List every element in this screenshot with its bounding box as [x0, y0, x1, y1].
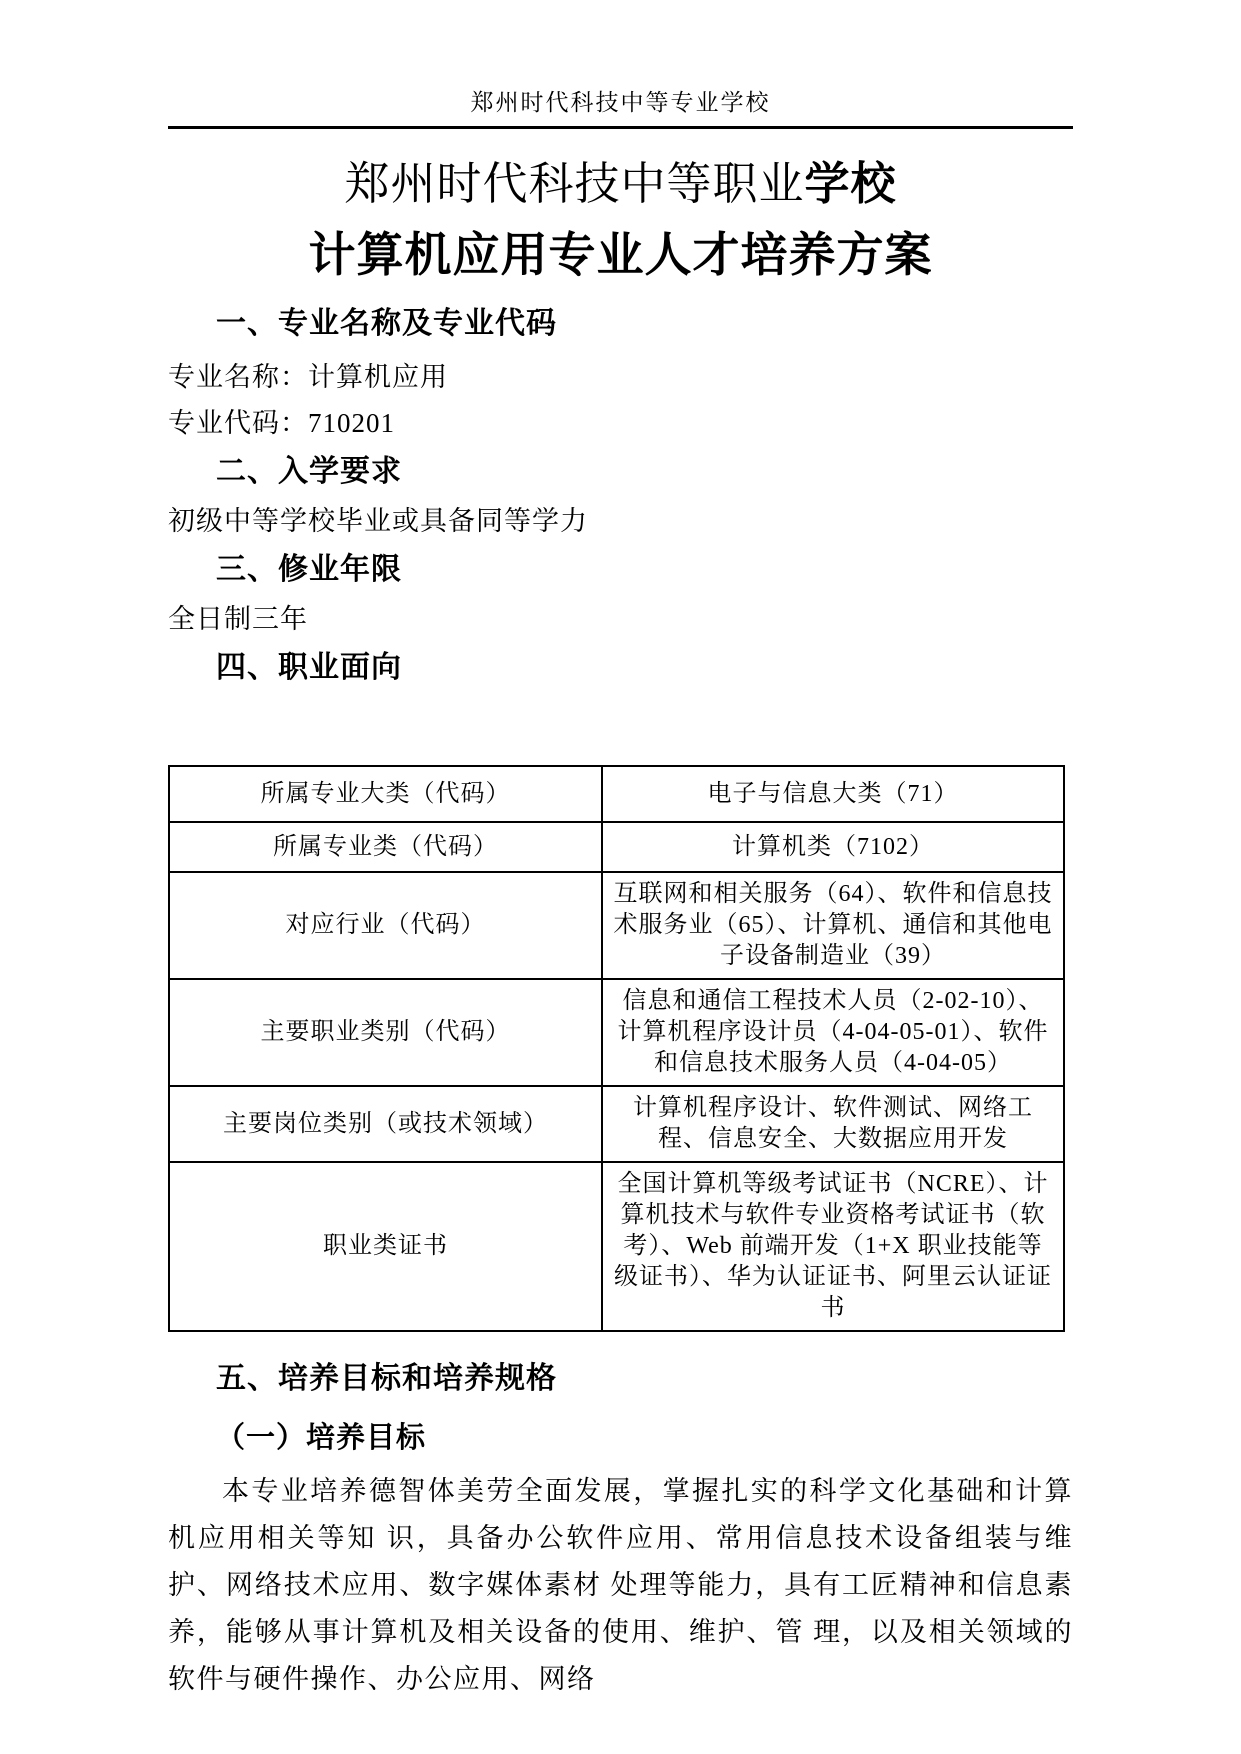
- doc-subtitle: 计算机应用专业人才培养方案: [168, 225, 1073, 285]
- table-row-label: 对应行业（代码）: [169, 872, 602, 979]
- table-row: 对应行业（代码） 互联网和相关服务（64）、软件和信息技术服务业（65）、计算机…: [169, 872, 1064, 979]
- table-row: 主要职业类别（代码） 信息和通信工程技术人员（2-02-10）、计算机程序设计员…: [169, 979, 1064, 1086]
- training-objective-paragraph: 本专业培养德智体美劳全面发展，掌握扎实的科学文化基础和计算机应用相关等知 识，具…: [168, 1468, 1073, 1703]
- doc-title: 郑州时代科技中等职业学校: [168, 155, 1073, 213]
- page-header: 郑州时代科技中等专业学校: [168, 88, 1073, 129]
- table-row-value: 计算机程序设计、软件测试、网络工程、信息安全、大数据应用开发: [602, 1086, 1064, 1162]
- table-row-label: 主要职业类别（代码）: [169, 979, 602, 1086]
- table-row: 职业类证书 全国计算机等级考试证书（NCRE）、计算机技术与软件专业资格考试证书…: [169, 1162, 1064, 1331]
- table-row: 主要岗位类别（或技术领域） 计算机程序设计、软件测试、网络工程、信息安全、大数据…: [169, 1086, 1064, 1162]
- section-heading-2: 二、入学要求: [216, 451, 1073, 493]
- table-row-label: 所属专业大类（代码）: [169, 766, 602, 822]
- career-orientation-table: 所属专业大类（代码） 电子与信息大类（71） 所属专业类（代码） 计算机类（71…: [168, 765, 1065, 1332]
- table-row-value: 全国计算机等级考试证书（NCRE）、计算机技术与软件专业资格考试证书（软考）、W…: [602, 1162, 1064, 1331]
- section-heading-3: 三、修业年限: [216, 549, 1073, 591]
- doc-title-bold: 学校: [805, 158, 897, 209]
- table-row: 所属专业大类（代码） 电子与信息大类（71）: [169, 766, 1064, 822]
- table-row-label: 所属专业类（代码）: [169, 822, 602, 872]
- field-major-code: 专业代码：710201: [168, 403, 1073, 443]
- table-row-value: 电子与信息大类（71）: [602, 766, 1064, 822]
- section-heading-4: 四、职业面向: [216, 647, 1073, 689]
- page-header-text: 郑州时代科技中等专业学校: [471, 90, 771, 115]
- table-row-value: 计算机类（7102）: [602, 822, 1064, 872]
- table-row-value: 信息和通信工程技术人员（2-02-10）、计算机程序设计员（4-04-05-01…: [602, 979, 1064, 1086]
- doc-title-regular: 郑州时代科技中等职业: [344, 159, 804, 209]
- table-row: 所属专业类（代码） 计算机类（7102）: [169, 822, 1064, 872]
- table-row-label: 主要岗位类别（或技术领域）: [169, 1086, 602, 1162]
- section-heading-5: 五、培养目标和培养规格: [216, 1358, 1073, 1400]
- document-page: 郑州时代科技中等专业学校 郑州时代科技中等职业学校 计算机应用专业人才培养方案 …: [0, 0, 1241, 1754]
- training-objective-subheading: （一）培养目标: [216, 1420, 1073, 1456]
- section-heading-1: 一、专业名称及专业代码: [216, 303, 1073, 345]
- admission-requirement-text: 初级中等学校毕业或具备同等学力: [168, 501, 1073, 541]
- field-major-name: 专业名称：计算机应用: [168, 357, 1073, 397]
- table-row-label: 职业类证书: [169, 1162, 602, 1331]
- study-duration-text: 全日制三年: [168, 599, 1073, 639]
- page-content: 郑州时代科技中等专业学校 郑州时代科技中等职业学校 计算机应用专业人才培养方案 …: [168, 0, 1073, 1703]
- table-row-value: 互联网和相关服务（64）、软件和信息技术服务业（65）、计算机、通信和其他电子设…: [602, 872, 1064, 979]
